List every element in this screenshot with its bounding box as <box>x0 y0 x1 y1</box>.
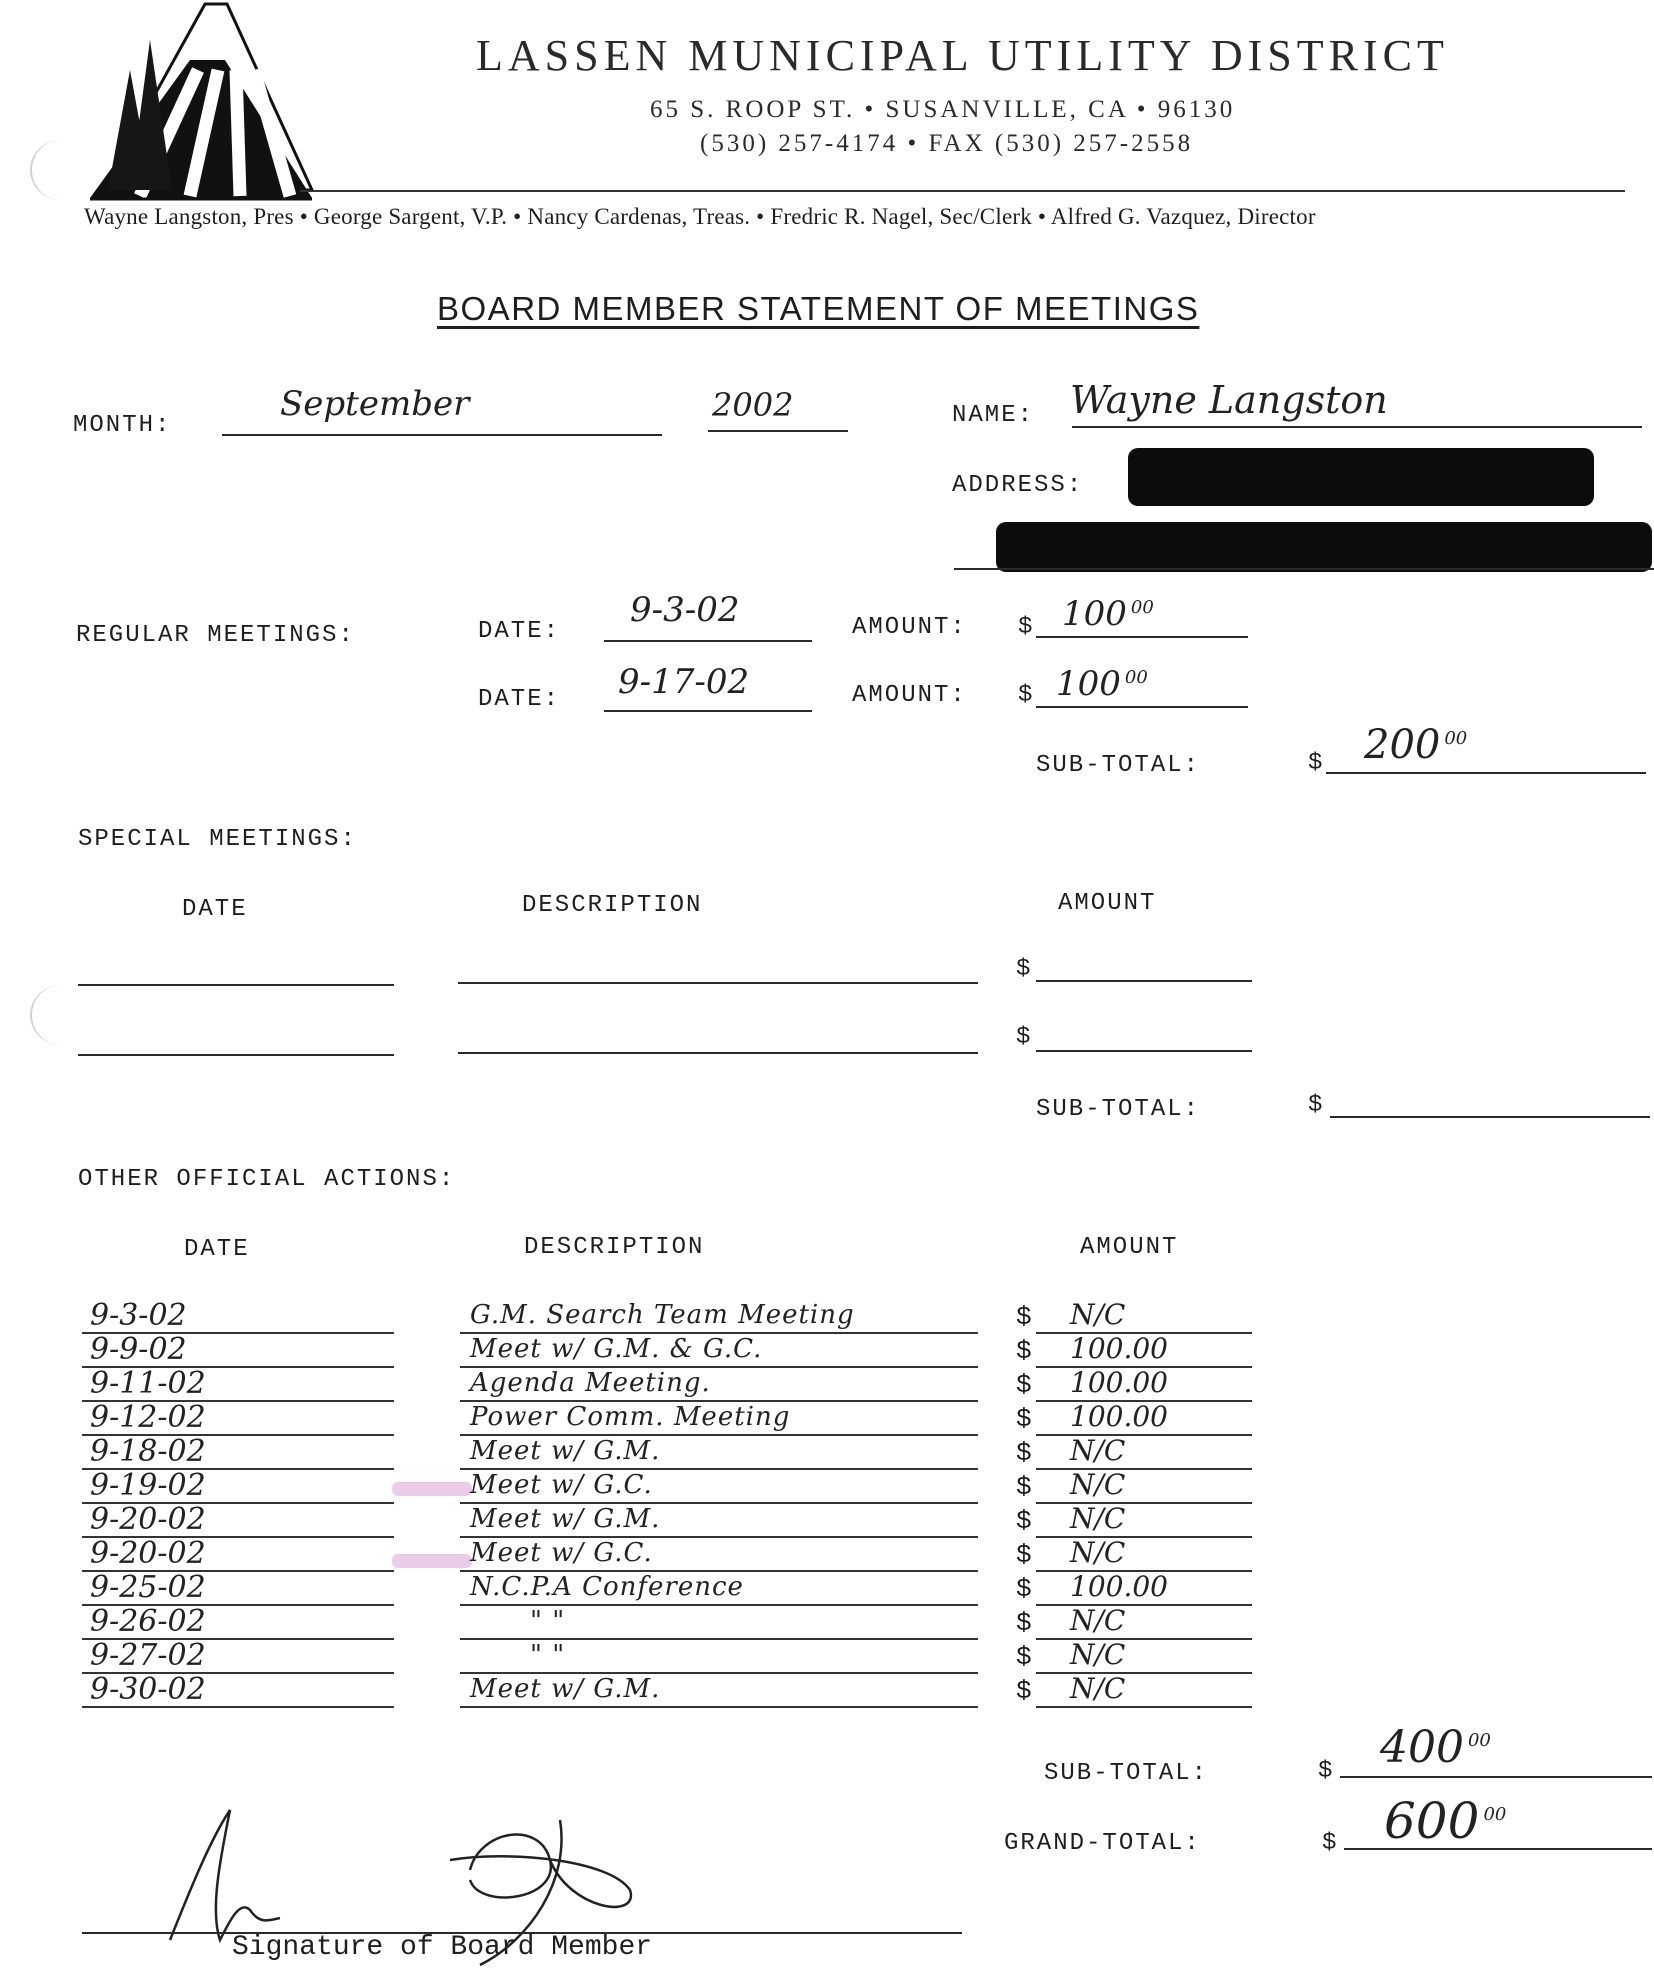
address-redaction-line2 <box>996 522 1652 572</box>
row-dollar: $ <box>1016 1404 1032 1434</box>
special-row1-description-field[interactable] <box>458 982 978 984</box>
regular-amount-1-value: 100 <box>1062 594 1127 634</box>
year-underline <box>708 430 848 432</box>
address-redaction-line1 <box>1128 448 1594 506</box>
row-amount[interactable]: N/C <box>1070 1434 1125 1467</box>
organization-address: 65 S. ROOP ST. • SUSANVILLE, CA • 96130 <box>650 96 1235 124</box>
regular-subtotal-cents: 00 <box>1444 728 1467 749</box>
other-subtotal-amount: 400 <box>1380 1722 1464 1773</box>
regular-subtotal-dollar: $ <box>1308 750 1324 777</box>
grand-total-underline <box>1344 1848 1652 1850</box>
address-underline-2 <box>954 568 1654 570</box>
regular-subtotal-underline <box>1326 772 1646 774</box>
month-underline <box>222 434 662 436</box>
other-subtotal-label: SUB-TOTAL: <box>1044 1760 1208 1787</box>
row-description[interactable]: " " <box>530 1640 565 1670</box>
other-subtotal-cents: 00 <box>1468 1730 1491 1751</box>
grand-total-cents: 00 <box>1483 1804 1506 1825</box>
row-amount[interactable]: N/C <box>1070 1298 1125 1331</box>
name-value[interactable]: Wayne Langston <box>1070 378 1388 422</box>
row-desc-underline <box>460 1706 978 1708</box>
row-date[interactable]: 9-20-02 <box>90 1502 206 1537</box>
row-description[interactable]: Meet w/ G.M. & G.C. <box>470 1334 762 1364</box>
table-row: 9-26-02 " " $ N/C <box>0 1604 1654 1638</box>
row-dollar: $ <box>1016 1676 1032 1706</box>
row-dollar: $ <box>1016 1336 1032 1366</box>
other-actions-label: OTHER OFFICIAL ACTIONS: <box>78 1166 455 1193</box>
special-meetings-label: SPECIAL MEETINGS: <box>78 826 357 853</box>
punch-hole <box>30 140 92 200</box>
table-row: 9-25-02 N.C.P.A Conference $ 100.00 <box>0 1570 1654 1604</box>
row-amount[interactable]: N/C <box>1070 1638 1125 1671</box>
special-row1-date-field[interactable] <box>78 984 394 986</box>
regular-date-label: DATE: <box>478 618 560 645</box>
row-amount[interactable]: 100.00 <box>1070 1400 1168 1433</box>
regular-amount-1-cents: 00 <box>1131 597 1154 618</box>
row-description[interactable]: Meet w/ G.M. <box>470 1436 660 1466</box>
organization-name: LASSEN MUNICIPAL UTILITY DISTRICT <box>476 30 1449 81</box>
row-dollar: $ <box>1016 1302 1032 1332</box>
table-row: 9-19-02 Meet w/ G.C. $ N/C <box>0 1468 1654 1502</box>
special-subtotal-dollar: $ <box>1308 1092 1324 1119</box>
regular-meetings-label: REGULAR MEETINGS: <box>76 622 355 649</box>
row-dollar: $ <box>1016 1370 1032 1400</box>
row-description[interactable]: G.M. Search Team Meeting <box>470 1300 855 1330</box>
grand-total-value[interactable]: 60000 <box>1384 1792 1506 1850</box>
board-members-line: Wayne Langston, Pres • George Sargent, V… <box>84 204 1316 230</box>
organization-phone: (530) 257-4174 • FAX (530) 257-2558 <box>700 130 1193 158</box>
regular-date-label-2: DATE: <box>478 686 560 713</box>
regular-date-1[interactable]: 9-3-02 <box>630 590 740 630</box>
regular-amount-2[interactable]: 10000 <box>1056 664 1148 704</box>
year-value[interactable]: 2002 <box>712 386 793 424</box>
regular-amount-1[interactable]: 10000 <box>1062 594 1154 634</box>
row-date[interactable]: 9-12-02 <box>90 1400 206 1435</box>
row-dollar: $ <box>1016 1608 1032 1638</box>
row-description[interactable]: Meet w/ G.M. <box>470 1504 660 1534</box>
special-row1-amount-field[interactable] <box>1036 980 1252 982</box>
row-description[interactable]: N.C.P.A Conference <box>470 1572 744 1602</box>
row-date-underline <box>82 1706 394 1708</box>
table-row: 9-9-02 Meet w/ G.M. & G.C. $ 100.00 <box>0 1332 1654 1366</box>
row-dollar: $ <box>1016 1540 1032 1570</box>
regular-amount-1-underline <box>1036 636 1248 638</box>
special-row2-description-field[interactable] <box>458 1052 978 1054</box>
special-col-description: DESCRIPTION <box>522 892 702 919</box>
special-row2-amount-field[interactable] <box>1036 1050 1252 1052</box>
grand-total-dollar: $ <box>1322 1830 1338 1857</box>
row-date[interactable]: 9-3-02 <box>90 1298 187 1333</box>
highlighter-mark <box>392 1482 472 1496</box>
other-col-amount: AMOUNT <box>1080 1234 1178 1261</box>
regular-amount-label: AMOUNT: <box>852 614 967 641</box>
regular-subtotal-value[interactable]: 20000 <box>1364 722 1467 768</box>
special-subtotal-label: SUB-TOTAL: <box>1036 1096 1200 1123</box>
special-subtotal-field[interactable] <box>1330 1116 1650 1118</box>
special-row2-dollar: $ <box>1016 1024 1032 1051</box>
row-description[interactable]: Meet w/ G.M. <box>470 1674 660 1704</box>
other-actions-table: 9-3-02 G.M. Search Team Meeting $ N/C 9-… <box>0 1298 1654 1718</box>
punch-hole <box>30 985 92 1045</box>
special-row2-date-field[interactable] <box>78 1054 394 1056</box>
other-col-date: DATE <box>184 1236 250 1263</box>
table-row: 9-12-02 Power Comm. Meeting $ 100.00 <box>0 1400 1654 1434</box>
row-date[interactable]: 9-25-02 <box>90 1570 206 1605</box>
row-date[interactable]: 9-27-02 <box>90 1638 206 1673</box>
lmud-mountain-logo-icon <box>50 0 470 205</box>
row-date[interactable]: 9-19-02 <box>90 1468 206 1503</box>
row-amount[interactable]: N/C <box>1070 1502 1125 1535</box>
row-amount[interactable]: 100.00 <box>1070 1366 1168 1399</box>
table-row: 9-18-02 Meet w/ G.M. $ N/C <box>0 1434 1654 1468</box>
other-subtotal-underline <box>1340 1776 1652 1778</box>
row-date[interactable]: 9-18-02 <box>90 1434 206 1469</box>
row-date[interactable]: 9-20-02 <box>90 1536 206 1571</box>
special-col-date: DATE <box>182 896 248 923</box>
regular-date-1-underline <box>604 640 812 642</box>
row-dollar: $ <box>1016 1642 1032 1672</box>
row-amount[interactable]: N/C <box>1070 1672 1125 1705</box>
month-value[interactable]: September <box>280 384 469 424</box>
table-row: 9-27-02 " " $ N/C <box>0 1638 1654 1672</box>
highlighter-mark <box>392 1554 472 1568</box>
row-description[interactable]: Agenda Meeting. <box>470 1368 711 1398</box>
special-row1-dollar: $ <box>1016 956 1032 983</box>
table-row: 9-11-02 Agenda Meeting. $ 100.00 <box>0 1366 1654 1400</box>
table-row: 9-20-02 Meet w/ G.C. $ N/C <box>0 1536 1654 1570</box>
row-description[interactable]: Meet w/ G.C. <box>470 1538 653 1568</box>
regular-dollar-1: $ <box>1018 614 1034 641</box>
row-amount[interactable]: N/C <box>1070 1468 1125 1501</box>
row-date[interactable]: 9-30-02 <box>90 1672 206 1707</box>
regular-amount-2-underline <box>1036 706 1248 708</box>
row-dollar: $ <box>1016 1574 1032 1604</box>
table-row: 9-30-02 Meet w/ G.M. $ N/C <box>0 1672 1654 1706</box>
name-label: NAME: <box>952 402 1034 429</box>
row-amount[interactable]: 100.00 <box>1070 1332 1168 1365</box>
regular-date-2-underline <box>604 710 812 712</box>
other-subtotal-value[interactable]: 40000 <box>1380 1722 1491 1773</box>
regular-subtotal-label: SUB-TOTAL: <box>1036 752 1200 779</box>
letterhead-rule <box>300 190 1625 192</box>
other-subtotal-dollar: $ <box>1318 1758 1334 1785</box>
row-date[interactable]: 9-11-02 <box>90 1366 206 1401</box>
regular-dollar-2: $ <box>1018 682 1034 709</box>
row-dollar: $ <box>1016 1438 1032 1468</box>
regular-subtotal-amount: 200 <box>1364 722 1440 768</box>
row-amount[interactable]: N/C <box>1070 1536 1125 1569</box>
row-date[interactable]: 9-26-02 <box>90 1604 206 1639</box>
table-row: 9-3-02 G.M. Search Team Meeting $ N/C <box>0 1298 1654 1332</box>
table-row: 9-20-02 Meet w/ G.M. $ N/C <box>0 1502 1654 1536</box>
row-description[interactable]: Power Comm. Meeting <box>470 1402 790 1432</box>
regular-amount-2-cents: 00 <box>1125 667 1148 688</box>
name-underline <box>1072 426 1642 428</box>
other-col-description: DESCRIPTION <box>524 1234 704 1261</box>
row-dollar: $ <box>1016 1472 1032 1502</box>
regular-date-2[interactable]: 9-17-02 <box>618 662 749 702</box>
month-label: MONTH: <box>73 412 171 439</box>
row-date[interactable]: 9-9-02 <box>90 1332 187 1367</box>
regular-amount-2-value: 100 <box>1056 664 1121 704</box>
letterhead: LASSEN MUNICIPAL UTILITY DISTRICT 65 S. … <box>0 0 1654 240</box>
row-amount[interactable]: N/C <box>1070 1604 1125 1637</box>
row-description[interactable]: Meet w/ G.C. <box>470 1470 653 1500</box>
grand-total-amount: 600 <box>1384 1792 1479 1850</box>
row-description[interactable]: " " <box>530 1606 565 1636</box>
row-amount[interactable]: 100.00 <box>1070 1570 1168 1603</box>
special-col-amount: AMOUNT <box>1058 890 1156 917</box>
signature-label: Signature of Board Member <box>232 1932 652 1963</box>
form-title: BOARD MEMBER STATEMENT OF MEETINGS <box>437 290 1199 328</box>
row-dollar: $ <box>1016 1506 1032 1536</box>
row-amount-underline <box>1036 1706 1252 1708</box>
regular-amount-label-2: AMOUNT: <box>852 682 967 709</box>
address-label: ADDRESS: <box>952 472 1083 499</box>
grand-total-label: GRAND-TOTAL: <box>1004 1830 1201 1857</box>
